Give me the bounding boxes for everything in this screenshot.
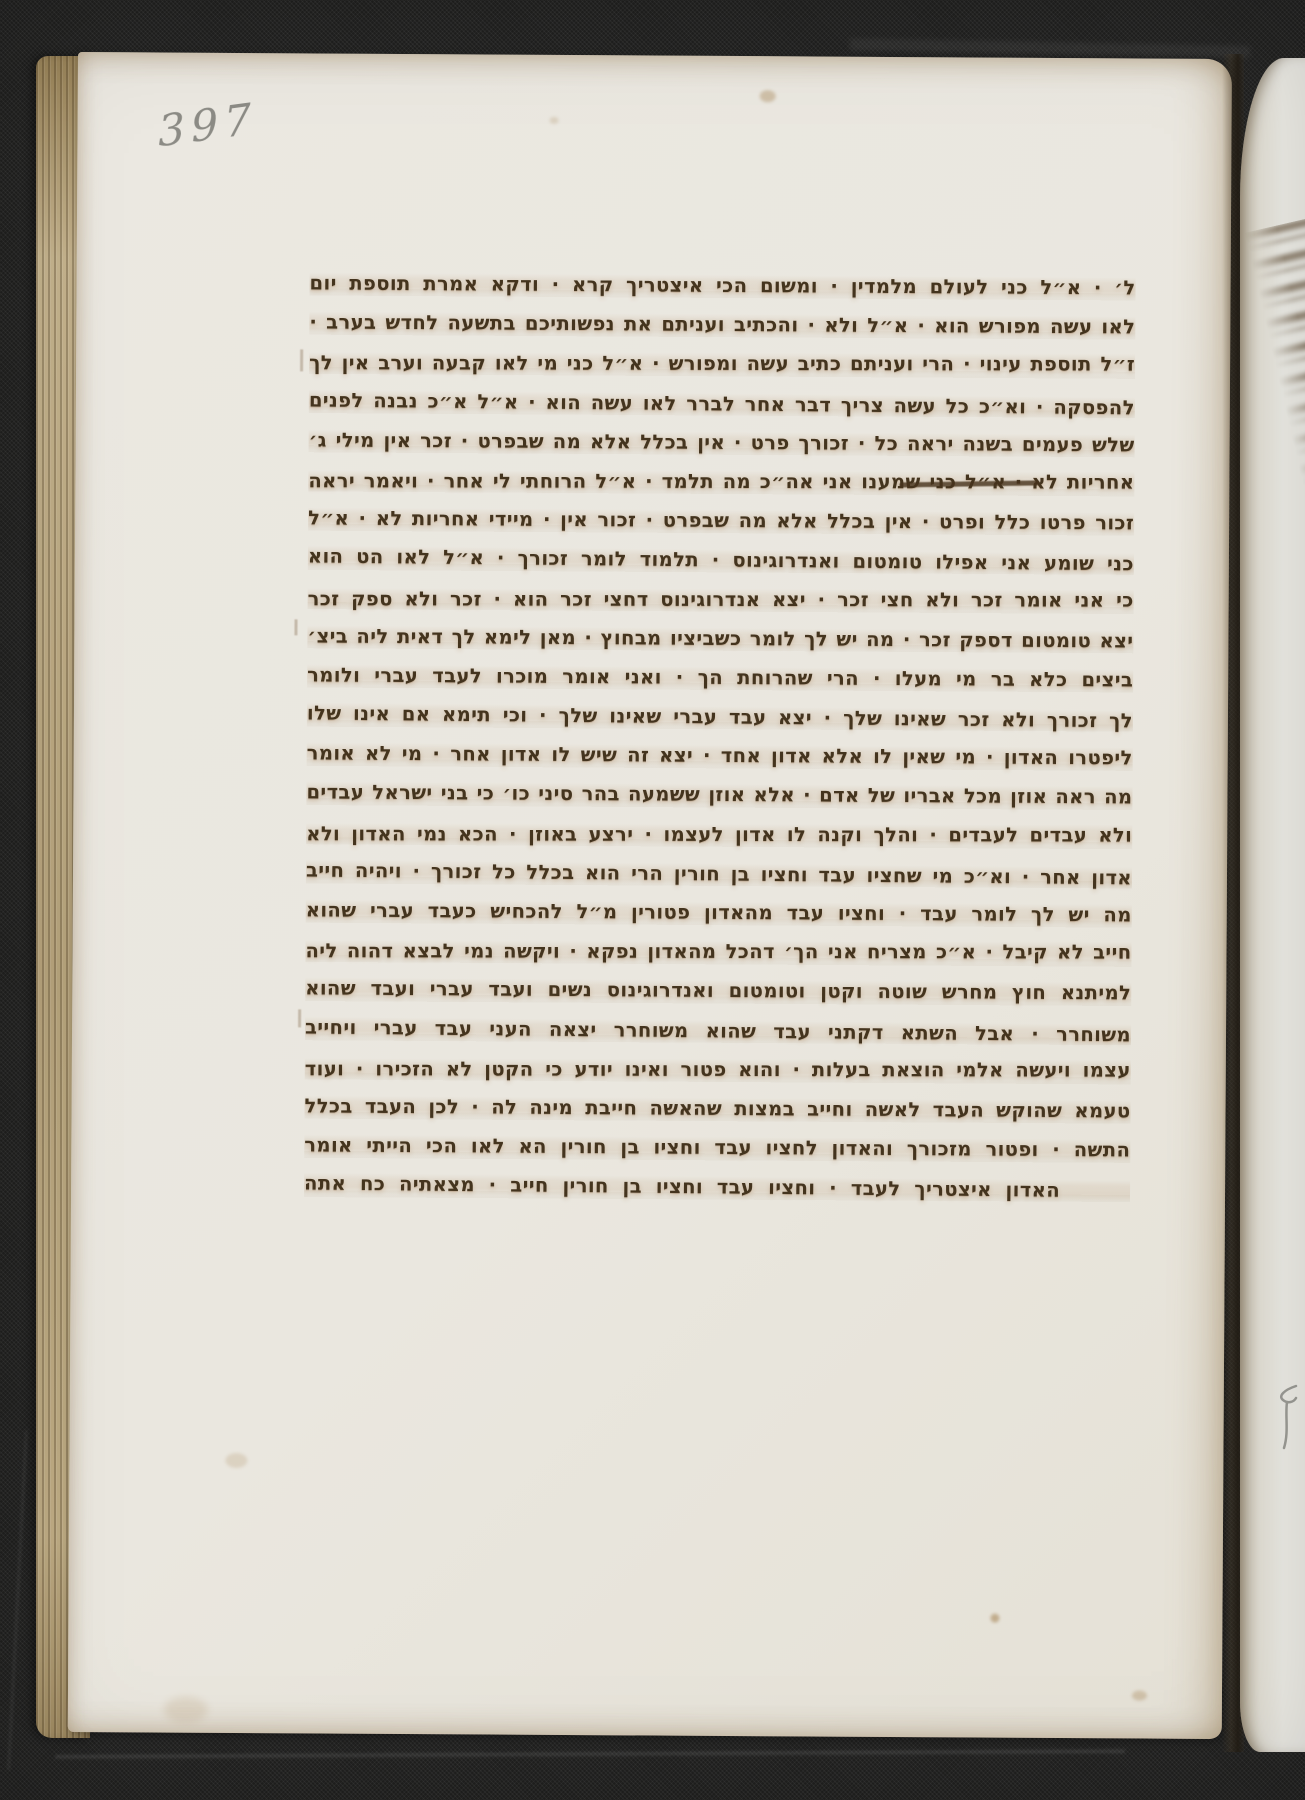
manuscript-line: אדון אחר · וא״כ מי שחציו עבד וחציו בן חו…: [306, 850, 1132, 897]
manuscript-line: ז״ל תוספת עינוי · הרי ועניתם כתיב עשה ומ…: [309, 344, 1135, 385]
margin-mark: [300, 349, 303, 371]
manuscript-line: ליפטרו האדון · מי שאין לו אלא אדון אחד ·…: [307, 734, 1133, 778]
manuscript-line: מה יש לך לומר עבד · וחציו עבד מהאדון פטו…: [306, 890, 1132, 934]
margin-mark: [298, 1009, 301, 1027]
manuscript-line: לאו עשה מפורש הוא · א״ל ולא · והכתיב וענ…: [309, 303, 1135, 347]
cover-ridge-top: [850, 38, 1250, 58]
manuscript-line: משוחרר · אבל השתא דקתני עבד שהוא משוחרר …: [305, 1007, 1131, 1054]
manuscript-line: למיתנא חוץ מחרש שוטה וקטן וטומטום ואנדרו…: [305, 969, 1131, 1013]
manuscript-line: ביצים כלא בר מי מעלו · הרי שהרוחת הך · ו…: [307, 655, 1133, 699]
manuscript-line: ולא עבדים לעבדים · והלך וקנה לו אדון לעצ…: [306, 814, 1132, 855]
manuscript-line: זכור פרטו כלל ופרט · אין בכלל אלא מה שבפ…: [308, 499, 1134, 543]
manuscript-line: כי אני אומר זכר ולא חצי זכר · יצא אנדרוג…: [308, 579, 1134, 620]
foxing-spot: [164, 1697, 208, 1723]
text-block: ל׳ · א״ל כני לעולם מלמדין · ומשום הכי אי…: [304, 263, 1136, 1209]
pencil-mark: [1274, 1380, 1300, 1454]
manuscript-line: מה ראה אוזן מכל אבריו של אדם · אלא אוזן …: [306, 773, 1132, 817]
manuscript-line: כני שומע אני אפילו טומטום ואנדרוגינוס · …: [308, 537, 1134, 584]
manuscript-line: לך זכורך ולא זכר שאינו שלך · יצא עבד עבר…: [307, 694, 1133, 741]
manuscript-line: עצמו ויעשה אלמי הוצאת בעלות · והוא פטור …: [305, 1049, 1131, 1090]
folio-number: 397: [157, 94, 259, 157]
foxing-spot: [1132, 1690, 1147, 1700]
manuscript-line: טעמא שהוקש העבד לאשה וחייב במצות שהאשה ח…: [304, 1086, 1130, 1130]
manuscript-page: 397 ל׳ · א״ל כני לעולם מלמדין · ומשום הכ…: [68, 52, 1232, 1739]
manuscript-line: להפסקה · וא״כ כל עשה צריך דבר אחר לברר ל…: [309, 380, 1135, 427]
foxing-spot: [225, 1453, 247, 1468]
facing-page-text-blur: [1244, 211, 1305, 1353]
manuscript-line: חייב לא קיבל · א״כ מצריח אני הך׳ דהכל מה…: [305, 931, 1131, 972]
manuscript-line: ל׳ · א״ל כני לעולם מלמדין · ומשום הכי אי…: [309, 263, 1135, 307]
cover-ridge-left: [7, 1430, 28, 1770]
manuscript-line: שלש פעמים בשנה יראה כל · זכורך פרט · אין…: [309, 420, 1135, 464]
book-photo: 397 ל׳ · א״ל כני לעולם מלמדין · ומשום הכ…: [0, 0, 1305, 1800]
manuscript-line: האדון איצטריך לעבד · וחציו עבד וחציו בן …: [304, 1164, 1130, 1211]
foxing-spot: [550, 117, 559, 124]
margin-mark: [294, 619, 297, 635]
foxing-spot: [990, 1614, 999, 1623]
foxing-spot: [760, 90, 776, 102]
facing-page: [1240, 58, 1305, 1752]
manuscript-line: התשה · ופטור מזכורך והאדון לחציו עבד וחצ…: [304, 1126, 1130, 1170]
manuscript-line: יצא טומטום דספק זכר · מה יש לך לומר כשבי…: [307, 616, 1133, 660]
cover-ridge-bottom: [55, 1749, 1125, 1759]
